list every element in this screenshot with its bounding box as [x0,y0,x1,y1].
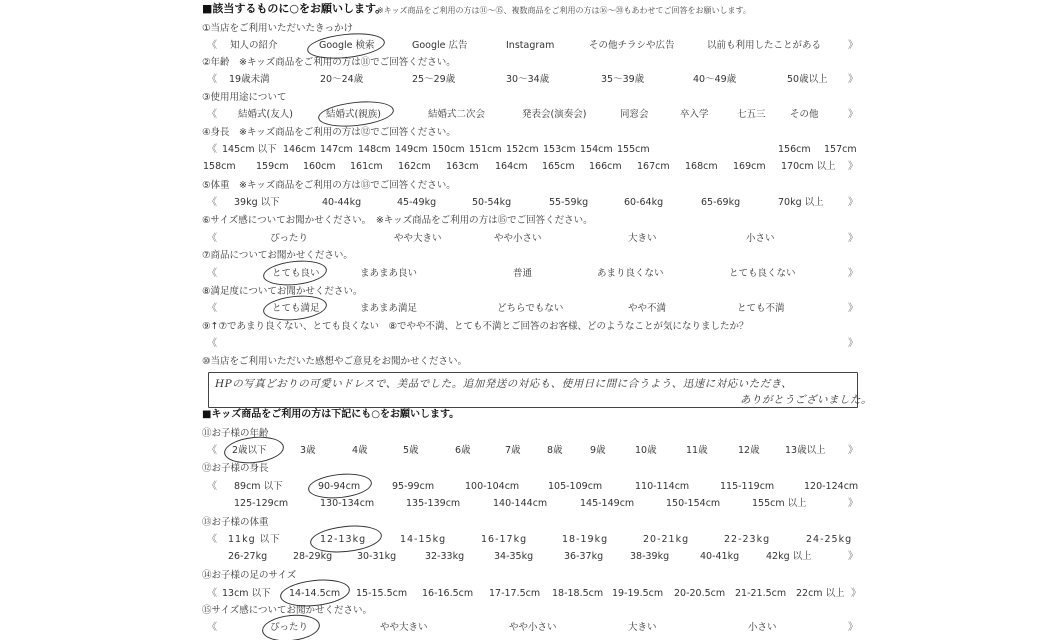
q13-option[interactable]: 34-35kg [494,551,533,563]
q10-handwritten-line2: ありがとうございました。 [740,392,872,407]
q3-option[interactable]: 同窓会 [620,109,649,121]
q5-option[interactable]: 40-44kg [322,197,361,209]
q15-option[interactable]: やや大きい [380,622,428,634]
q12-option[interactable]: 145-149cm [580,498,634,510]
q6-option[interactable]: やや大きい [394,233,442,245]
open-bracket: 《 [207,481,217,493]
open-bracket: 《 [207,233,217,245]
q4-option[interactable]: 165cm [542,161,575,173]
q12-option[interactable]: 125-129cm [234,498,288,510]
open-bracket: 《 [207,197,217,209]
q13-option[interactable]: 24-25kg [806,534,852,546]
q2-option[interactable]: 19歳未満 [229,74,270,86]
q2-option[interactable]: 25〜29歳 [412,74,455,86]
survey-sheet: ■該当するものに○をお願いします。 ※キッズ商品をご利用の方は⑪〜⑮、複数商品を… [0,0,1060,640]
q4-option[interactable]: 167cm [637,161,670,173]
q13-option[interactable]: 36-37kg [564,551,603,563]
close-bracket: 》 [848,74,858,86]
q12-option[interactable]: 150-154cm [666,498,720,510]
q12-option[interactable]: 140-144cm [493,498,547,510]
q4-option[interactable]: 166cm [589,161,622,173]
q2-option[interactable]: 40〜49歳 [693,74,736,86]
q3-option[interactable]: 結婚式二次会 [428,109,485,121]
q2-option[interactable]: 50歳以上 [787,74,828,86]
q2-option[interactable]: 20〜24歳 [320,74,363,86]
q13-option[interactable]: 28-29kg [293,551,332,563]
q7-option[interactable]: まあまあ良い [360,268,417,280]
q12-option[interactable]: 110-114cm [635,481,689,493]
q4-option[interactable]: 149cm [395,144,428,156]
q10-label: ⑩当店をご利用いただいた感想やご意見をお聞かせください。 [202,356,467,368]
q5-label: ⑤体重 ※キッズ商品をご利用の方は⑬でご回答ください。 [202,180,456,192]
q14-option[interactable]: 21-21.5cm [735,588,786,600]
open-bracket: 《 [207,74,217,86]
q3-option[interactable]: 七五三 [737,109,766,121]
q11-option[interactable]: 4歳 [352,445,368,457]
close-bracket: 》 [848,233,858,245]
q13-option[interactable]: 42kg 以上 [766,551,812,563]
q13-option[interactable]: 22-23kg [724,534,770,546]
close-bracket: 》 [848,338,858,350]
q7-option[interactable]: とても良くない [729,268,796,280]
q12-option[interactable]: 115-119cm [720,481,774,493]
q2-option[interactable]: 35〜39歳 [601,74,644,86]
q5-option[interactable]: 65-69kg [701,197,740,209]
q3-option[interactable]: 結婚式(友人) [238,109,293,121]
close-bracket: 》 [848,622,858,634]
q14-option[interactable]: 16-16.5cm [422,588,473,600]
q14-option[interactable]: 13cm 以下 [222,588,271,600]
q13-option[interactable]: 38-39kg [630,551,669,563]
q3-label: ③使用用途について [202,92,286,104]
q7-option[interactable]: あまり良くない [597,268,664,280]
q14-option[interactable]: 17-17.5cm [489,588,540,600]
q14-option[interactable]: 19-19.5cm [612,588,663,600]
q4-option[interactable]: 152cm [506,144,539,156]
q4-label: ④身長 ※キッズ商品をご利用の方は⑫でご回答ください。 [202,127,456,139]
q5-option[interactable]: 55-59kg [549,197,588,209]
open-bracket: 《 [207,534,217,546]
open-bracket: 《 [207,588,217,600]
q4-option[interactable]: 155cm [617,144,650,156]
q4-option[interactable]: 156cm [778,144,811,156]
q12-option[interactable]: 120-124cm [804,481,858,493]
q4-option[interactable]: 154cm [580,144,613,156]
q4-option[interactable]: 146cm [283,144,316,156]
q8-option[interactable]: どちらでもない [497,303,563,315]
q2-option[interactable]: 30〜34歳 [506,74,549,86]
q4-option[interactable]: 157cm [824,144,857,156]
open-bracket: 《 [207,144,217,156]
q13-label: ⑬お子様の体重 [202,517,269,529]
q4-option[interactable]: 148cm [358,144,391,156]
open-bracket: 《 [207,303,217,315]
close-bracket: 》 [848,161,858,173]
q4-option[interactable]: 145cm 以下 [222,144,277,156]
q5-option[interactable]: 50-54kg [472,197,511,209]
q1-option[interactable]: 以前も利用したことがある [707,40,821,52]
survey-note: ※キッズ商品をご利用の方は⑪〜⑮、複数商品をご利用の方は⑯〜⑳もあわせてご回答を… [377,5,751,17]
q4-option[interactable]: 160cm [303,161,336,173]
q4-option[interactable]: 170cm 以上 [781,161,836,173]
q6-option[interactable]: 小さい [746,233,775,245]
q12-option[interactable]: 130-134cm [320,498,374,510]
open-bracket: 《 [207,445,217,457]
q12-option[interactable]: 135-139cm [406,498,460,510]
close-bracket: 》 [848,551,858,563]
q13-option[interactable]: 16-17kg [481,534,527,546]
q14-option[interactable]: 22cm 以上 [796,588,845,600]
q12-label: ⑫お子様の身長 [202,463,269,475]
q7-option[interactable]: 普通 [513,268,532,280]
close-bracket: 》 [848,109,858,121]
q11-option[interactable]: 3歳 [300,445,316,457]
q11-option[interactable]: 5歳 [403,445,419,457]
close-bracket: 》 [848,445,858,457]
open-bracket: 《 [207,40,217,52]
q12-option[interactable]: 155cm 以上 [752,498,807,510]
selection-circle [307,471,373,502]
q3-option[interactable]: 発表会(演奏会) [522,109,586,121]
q12-option[interactable]: 89cm 以下 [234,481,283,493]
q12-option[interactable]: 100-104cm [465,481,519,493]
q1-option[interactable]: その他チラシや広告 [589,40,675,52]
q6-option[interactable]: ぴったり [270,233,308,245]
q8-label: ⑧満足度についてお聞かせください。 [202,286,362,298]
open-bracket: 《 [207,338,217,350]
q5-option[interactable]: 70kg 以上 [778,197,824,209]
q14-option[interactable]: 20-20.5cm [674,588,725,600]
kids-section-title: ■キッズ商品をご利用の方は下記にも○をお願いします。 [202,409,459,421]
q13-option[interactable]: 14-15kg [400,534,446,546]
q8-option[interactable]: とても不満 [737,303,785,315]
q1-option[interactable]: Instagram [506,40,554,52]
q11-option[interactable]: 10歳 [635,445,657,457]
q11-option[interactable]: 8歳 [547,445,563,457]
q12-option[interactable]: 95-99cm [392,481,434,493]
q4-option[interactable]: 168cm [685,161,718,173]
q3-option[interactable]: 卒入学 [680,109,709,121]
q11-option[interactable]: 6歳 [455,445,471,457]
q1-label: ①当店をご利用いただいたきっかけ [202,23,353,35]
q4-option[interactable]: 153cm [543,144,576,156]
q4-option[interactable]: 169cm [733,161,766,173]
q7-label: ⑦商品についてお聞かせください。 [202,250,353,262]
q9-label: ⑨↑⑦であまり良くない、とても良くない ⑧でやや不満、とても不満とご回答のお客様… [202,321,749,333]
q11-option[interactable]: 7歳 [505,445,521,457]
q5-option[interactable]: 45-49kg [397,197,436,209]
q1-option[interactable]: 知人の紹介 [230,40,278,52]
q4-option[interactable]: 163cm [446,161,479,173]
selection-circle [317,98,395,130]
selection-circle [262,258,328,289]
q5-option[interactable]: 39kg 以下 [234,197,280,209]
q8-option[interactable]: やや不満 [628,303,666,315]
q15-option[interactable]: 小さい [748,622,777,634]
q13-option[interactable]: 11kg 以下 [228,534,281,546]
q13-option[interactable]: 32-33kg [425,551,464,563]
q4-option[interactable]: 159cm [256,161,289,173]
q11-option[interactable]: 11歳 [686,445,708,457]
q3-option[interactable]: その他 [790,109,819,121]
q15-option[interactable]: 大きい [628,622,657,634]
q1-option[interactable]: Google 広告 [412,40,468,52]
q10-handwritten-line1: HPの写真どおりの可愛いドレスで、美品でした。追加発送の対応も、使用日に間に合う… [215,376,792,391]
open-bracket: 《 [207,268,217,280]
q5-option[interactable]: 60-64kg [624,197,663,209]
close-bracket: 》 [848,197,858,209]
q6-label: ⑥サイズ感についてお聞かせください。 ※キッズ商品をご利用の方は⑮でご回答くださ… [202,215,593,227]
q12-option[interactable]: 105-109cm [548,481,602,493]
close-bracket: 》 [848,268,858,280]
q4-option[interactable]: 161cm [350,161,383,173]
q8-option[interactable]: まあまあ満足 [360,303,417,315]
q11-option[interactable]: 12歳 [738,445,760,457]
q11-option[interactable]: 13歳以上 [785,445,826,457]
q4-option[interactable]: 151cm [469,144,502,156]
q6-option[interactable]: 大きい [628,233,657,245]
q13-option[interactable]: 20-21kg [643,534,689,546]
q13-option[interactable]: 30-31kg [357,551,396,563]
open-bracket: 《 [207,109,217,121]
close-bracket: 》 [848,303,858,315]
q14-label: ⑭お子様の足のサイズ [202,570,296,582]
q4-option[interactable]: 150cm [432,144,465,156]
close-bracket: 》 [851,588,861,600]
q4-option[interactable]: 162cm [398,161,431,173]
open-bracket: 《 [207,622,217,634]
q4-option[interactable]: 147cm [320,144,353,156]
q2-label: ②年齢 ※キッズ商品をご利用の方は⑪でご回答ください。 [202,57,456,69]
survey-title: ■該当するものに○をお願いします。 [202,3,386,15]
close-bracket: 》 [848,498,858,510]
q11-option[interactable]: 9歳 [590,445,606,457]
q13-option[interactable]: 18-19kg [562,534,608,546]
q15-option[interactable]: やや小さい [509,622,557,634]
q13-option[interactable]: 26-27kg [228,551,267,563]
q13-option[interactable]: 40-41kg [700,551,739,563]
q4-option[interactable]: 164cm [495,161,528,173]
q4-option[interactable]: 158cm [203,161,236,173]
q14-option[interactable]: 15-15.5cm [356,588,407,600]
q6-option[interactable]: やや小さい [494,233,542,245]
close-bracket: 》 [848,40,858,52]
q14-option[interactable]: 18-18.5cm [552,588,603,600]
